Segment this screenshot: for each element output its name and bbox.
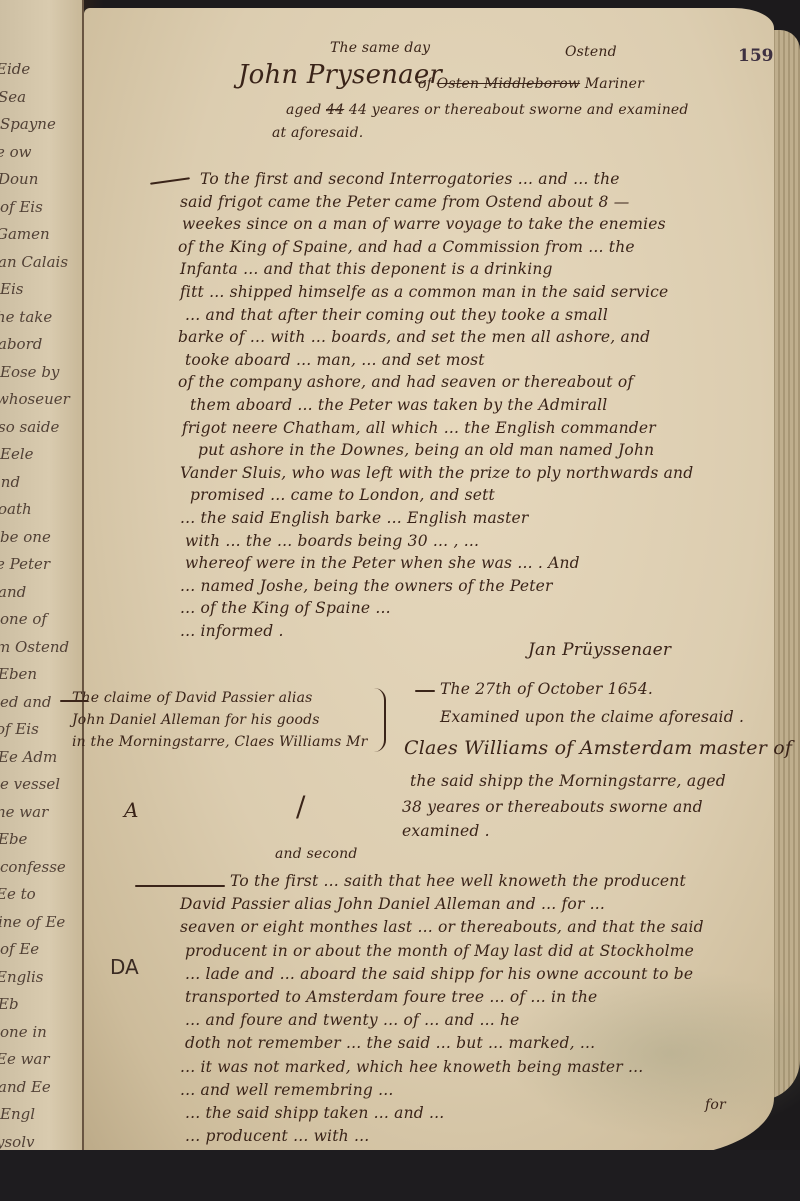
- verso-fragment: of Eis: [0, 720, 39, 738]
- verso-fragment: Ee war: [0, 1050, 50, 1068]
- initials-mark: DA: [110, 955, 139, 979]
- verso-fragment: m Ostend: [0, 638, 69, 656]
- verso-fragment: Ebe: [0, 830, 27, 848]
- deposition-line: frigot neere Chatham, all which ... the …: [182, 419, 656, 437]
- deposition-line: ... the said shipp taken ... and ...: [185, 1104, 444, 1122]
- verso-fragment: whoseuer: [0, 390, 70, 408]
- deposition-line: of the company ashore, and had seaven or…: [178, 373, 633, 391]
- deposition-line: promised ... came to London, and sett: [190, 486, 495, 504]
- marginal-note-line: in the Morningstarre, Claes Williams Mr: [72, 734, 368, 750]
- deposition-line: them aboard ... the Peter was taken by t…: [190, 396, 607, 414]
- deposition-line: weekes since on a man of warre voyage to…: [182, 215, 666, 233]
- deposition-line: To the first ... saith that hee well kno…: [230, 872, 686, 890]
- deposition-line: ... it was not marked, which hee knoweth…: [180, 1058, 643, 1076]
- examination-subheading: Examined upon the claime aforesaid .: [440, 708, 744, 726]
- verso-fragment: Eis: [0, 280, 23, 298]
- deposition-line: seaven or eight monthes last ... or ther…: [180, 918, 704, 936]
- deposition-line: ... and well remembring ...: [180, 1081, 394, 1099]
- deposition-line: ... lade and ... aboard the said shipp f…: [185, 965, 693, 983]
- margin-mark-a: A: [124, 798, 138, 822]
- date-line: The same day: [330, 40, 430, 56]
- deposition-line: fitt ... shipped himselfe as a common ma…: [180, 283, 668, 301]
- verso-fragment: and Ee: [0, 1078, 51, 1096]
- verso-fragment: of Eis: [0, 198, 43, 216]
- verso-fragment: ine of Ee: [0, 913, 65, 931]
- verso-fragment: ysolv: [0, 1133, 34, 1151]
- date-flourish: [415, 690, 435, 692]
- verso-fragment: Eose by: [0, 363, 59, 381]
- marginal-place: Ostend: [565, 44, 617, 60]
- background-bottom: [0, 1150, 800, 1201]
- deposition-line: Infanta ... and that this deponent is a …: [180, 260, 553, 278]
- aged-label: aged: [286, 102, 321, 118]
- verso-fragment: Doun: [0, 170, 38, 188]
- deposition-line: ... of the King of Spaine ...: [180, 599, 391, 617]
- verso-fragment: and: [0, 583, 26, 601]
- deposition-line: barke of ... with ... boards, and set th…: [178, 328, 650, 346]
- verso-fragment: ed and: [0, 693, 51, 711]
- description-line-3: at aforesaid.: [272, 125, 363, 141]
- verso-fragment: Sea: [0, 88, 26, 106]
- paragraph-flourish-2: [135, 885, 225, 887]
- verso-fragment: one of: [0, 610, 47, 628]
- verso-fragment: confesse: [0, 858, 66, 876]
- verso-fragment: Eide: [0, 60, 30, 78]
- deposition-line: said frigot came the Peter came from Ost…: [180, 193, 629, 211]
- deposition-line: ... named Joshe, being the owners of the…: [180, 577, 553, 595]
- verso-fragment: e vessel: [0, 775, 60, 793]
- brace: [372, 688, 386, 752]
- verso-fragment: Eb: [0, 995, 19, 1013]
- description-line-2: aged 44 44 yeares or thereabout sworne a…: [286, 102, 689, 118]
- date-line-2: The 27th of October 1654.: [440, 680, 653, 698]
- deposition-line: David Passier alias John Daniel Alleman …: [180, 895, 605, 913]
- marginal-note-line: John Daniel Alleman for his goods: [72, 712, 320, 728]
- folio-number: 159: [738, 46, 774, 66]
- deposition-line: producent in or about the month of May l…: [185, 942, 694, 960]
- verso-fragment: Englis: [0, 968, 44, 986]
- verso-fragment: Gamen: [0, 225, 50, 243]
- verso-fragment: one in: [0, 1023, 47, 1041]
- verso-fragment: Engl: [0, 1105, 35, 1123]
- verso-fragment: be one: [0, 528, 51, 546]
- deposition-line: transported to Amsterdam foure tree ... …: [185, 988, 597, 1006]
- description-line-1: of Osten Middleborow Mariner: [418, 76, 644, 92]
- marginal-note-line: The claime of David Passier alias: [72, 690, 313, 706]
- struck-place: Osten Middleborow: [437, 76, 580, 92]
- deposition-line: of the King of Spaine, and had a Commiss…: [178, 238, 635, 256]
- verso-fragment: an Calais: [0, 253, 68, 271]
- facing-page-verso: EideSeaSpaynee owDounof EisGamenan Calai…: [0, 0, 84, 1201]
- struck-age: 44: [326, 102, 344, 118]
- slash-mark: /: [296, 790, 305, 823]
- verso-fragment: Eele: [0, 445, 34, 463]
- deposition-line: put ashore in the Downes, being an old m…: [198, 441, 654, 459]
- verso-fragment: Spayne: [0, 115, 56, 133]
- verso-fragment: Ee Adm: [0, 748, 57, 766]
- description-occupation: Mariner: [585, 76, 644, 92]
- interlined-text: and second: [275, 846, 358, 862]
- verso-fragment: e ow: [0, 143, 32, 161]
- deposition-line: ... producent ... with ...: [185, 1127, 369, 1145]
- verso-fragment: Ee to: [0, 885, 36, 903]
- deposition-line: ... and foure and twenty ... of ... and …: [185, 1011, 520, 1029]
- deposition-line: To the first and second Interrogatories …: [200, 170, 620, 188]
- deposition-line: Vander Sluis, who was left with the priz…: [180, 464, 693, 482]
- deponent-2-line-1: Claes Williams of Amsterdam master of: [404, 737, 792, 759]
- verso-fragment: ne war: [0, 803, 48, 821]
- verso-fragment: e Peter: [0, 555, 50, 573]
- deponent-2-line-3: 38 yeares or thereabouts sworne and: [402, 798, 703, 816]
- description-prefix: of: [418, 76, 432, 92]
- deponent-2-line-4: examined .: [402, 822, 490, 840]
- verso-fragment: of Ee: [0, 940, 39, 958]
- deponent-name: John Prysenaer: [238, 60, 442, 90]
- signature: Jan Prüyssenaer: [528, 640, 671, 660]
- deposition-line: tooke aboard ... man, ... and set most: [185, 351, 485, 369]
- deposition-line: doth not remember ... the said ... but .…: [185, 1034, 595, 1052]
- verso-fragment: ind: [0, 473, 20, 491]
- deposition-line: ... informed .: [180, 622, 284, 640]
- age-and-oath: 44 yeares or thereabout sworne and exami…: [349, 102, 689, 118]
- catchword: for: [705, 1097, 726, 1113]
- deposition-line: with ... the ... boards being 30 ... , .…: [185, 532, 479, 550]
- verso-fragment: so saide: [0, 418, 59, 436]
- verso-fragment: Eben: [0, 665, 37, 683]
- deposition-line: whereof were in the Peter when she was .…: [185, 554, 580, 572]
- deponent-2-line-2: the said shipp the Morningstarre, aged: [410, 772, 726, 790]
- deposition-line: ... and that after their coming out they…: [185, 306, 608, 324]
- verso-fragment: abord: [0, 335, 42, 353]
- verso-fragment: oath: [0, 500, 32, 518]
- deposition-line: ... the said English barke ... English m…: [180, 509, 529, 527]
- verso-fragment: he take: [0, 308, 52, 326]
